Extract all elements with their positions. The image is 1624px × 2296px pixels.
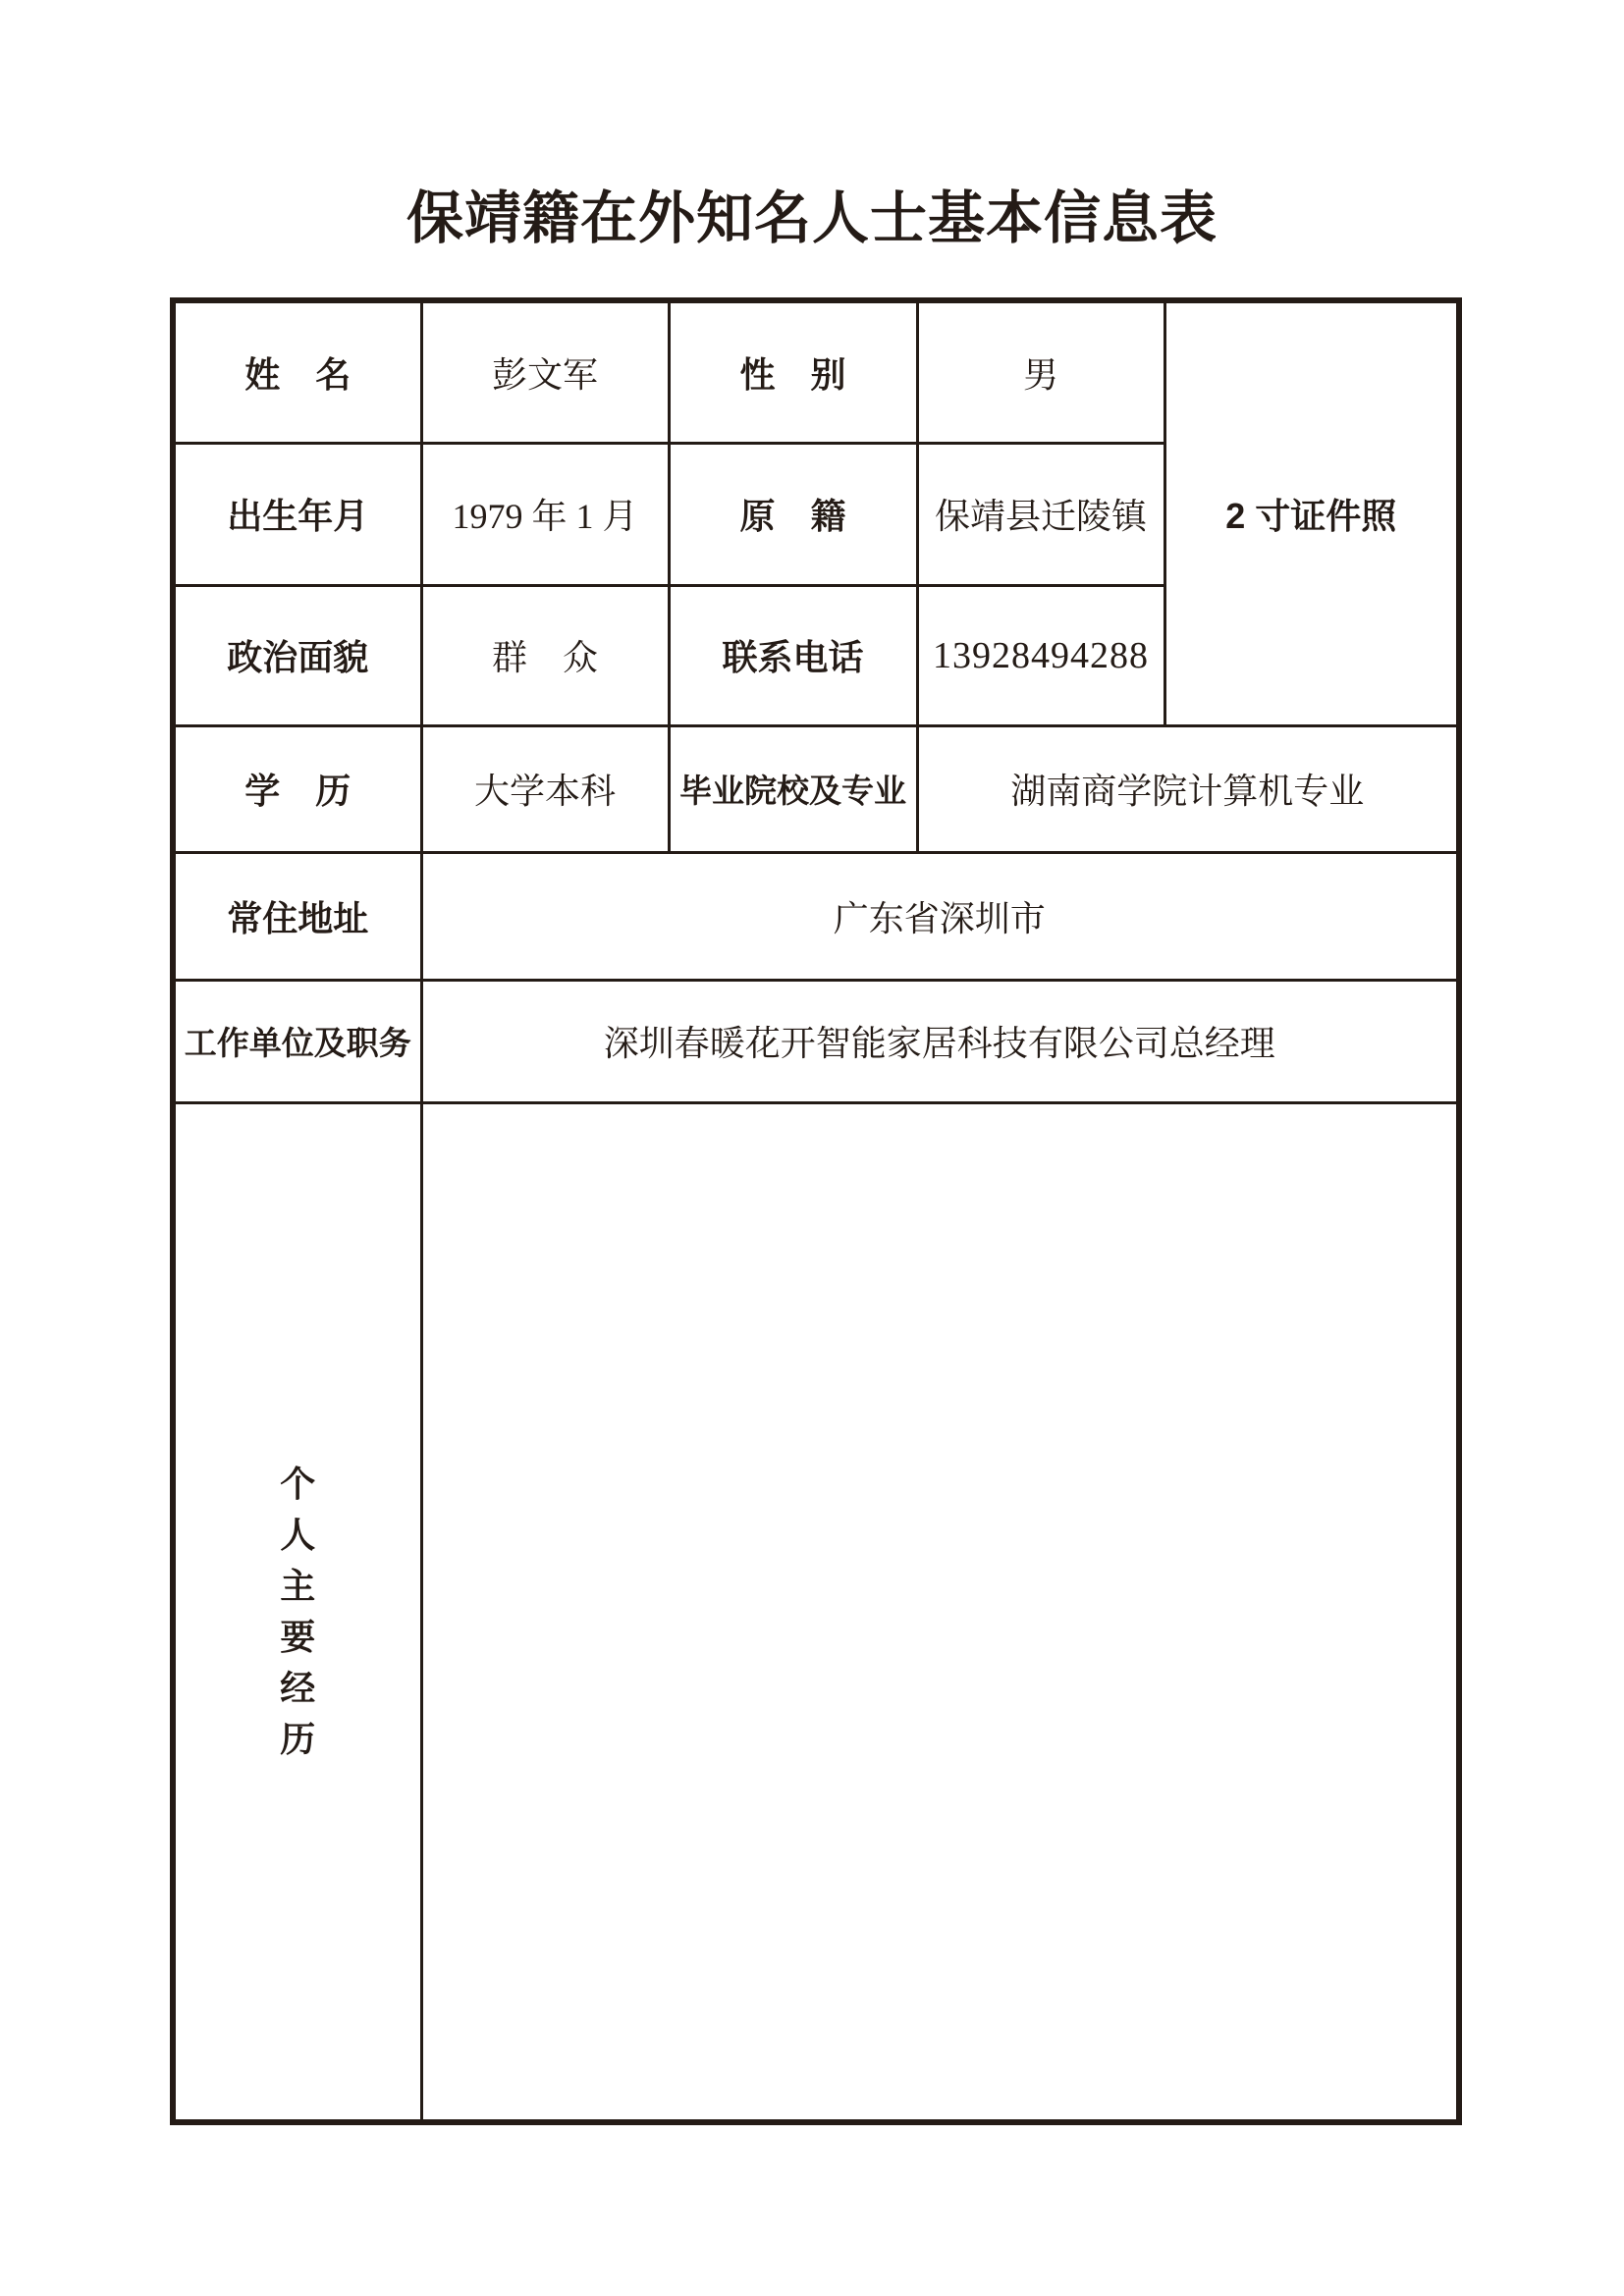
table-row: 姓 名 彭文军 性 别 男 2 寸证件照	[173, 300, 1459, 443]
experience-label-char: 要	[176, 1612, 420, 1663]
basic-info-table: 姓 名 彭文军 性 别 男 2 寸证件照 出生年月 1979 年 1 月 原 籍…	[170, 297, 1462, 2125]
experience-content-cell	[421, 1102, 1459, 2122]
gender-label-cell: 性 别	[669, 300, 917, 443]
table-row: 个 人 主 要 经 历	[173, 1102, 1459, 2122]
form-document-page: 保靖籍在外知名人士基本信息表 姓 名 彭文军 性 别 男 2 寸证件照 出生年月…	[0, 0, 1624, 2296]
education-label-cell: 学 历	[173, 725, 421, 852]
work-unit-value-cell: 深圳春暖花开智能家居科技有限公司总经理	[421, 980, 1459, 1102]
experience-label-char: 个	[176, 1459, 420, 1510]
political-status-label-cell: 政治面貌	[173, 585, 421, 725]
address-label-cell: 常住地址	[173, 852, 421, 980]
experience-label-cell: 个 人 主 要 经 历	[173, 1102, 421, 2122]
political-status-value-cell: 群 众	[421, 585, 669, 725]
address-value-cell: 广东省深圳市	[421, 852, 1459, 980]
table-row: 工作单位及职务 深圳春暖花开智能家居科技有限公司总经理	[173, 980, 1459, 1102]
birth-label-cell: 出生年月	[173, 443, 421, 585]
experience-label-char: 主	[176, 1561, 420, 1612]
education-value-cell: 大学本科	[421, 725, 669, 852]
phone-label-cell: 联系电话	[669, 585, 917, 725]
experience-label-char: 历	[176, 1714, 420, 1765]
page-title: 保靖籍在外知名人士基本信息表	[0, 185, 1624, 253]
name-label-cell: 姓 名	[173, 300, 421, 443]
origin-value-cell: 保靖县迁陵镇	[917, 443, 1164, 585]
photo-placeholder-cell: 2 寸证件照	[1164, 300, 1459, 725]
table-row: 学 历 大学本科 毕业院校及专业 湖南商学院计算机专业	[173, 725, 1459, 852]
origin-label-cell: 原 籍	[669, 443, 917, 585]
name-value-cell: 彭文军	[421, 300, 669, 443]
school-major-label-cell: 毕业院校及专业	[669, 725, 917, 852]
phone-value-cell: 13928494288	[917, 585, 1164, 725]
school-major-value-cell: 湖南商学院计算机专业	[917, 725, 1459, 852]
experience-label-char: 人	[176, 1510, 420, 1561]
birth-value-cell: 1979 年 1 月	[421, 443, 669, 585]
work-unit-label-cell: 工作单位及职务	[173, 980, 421, 1102]
table-row: 常住地址 广东省深圳市	[173, 852, 1459, 980]
gender-value-cell: 男	[917, 300, 1164, 443]
experience-label-char: 经	[176, 1663, 420, 1714]
